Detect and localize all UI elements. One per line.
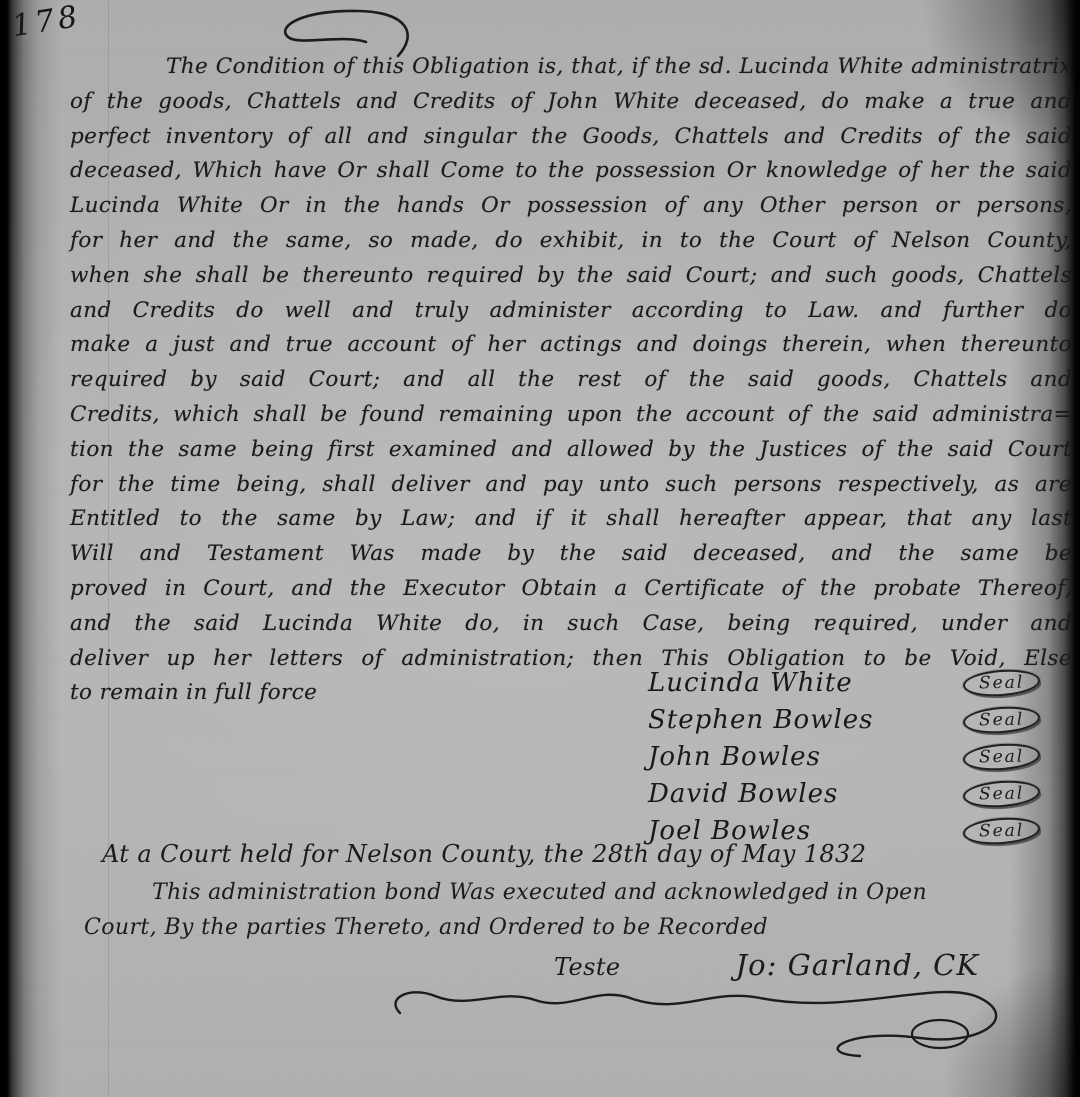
seal-badge: Seal — [962, 778, 1041, 809]
teste-row: Teste Jo: Garland, CK — [84, 948, 1034, 982]
body-line: make a just and true account of her acti… — [70, 328, 1072, 363]
court-record-line: At a Court held for Nelson County, the 2… — [84, 840, 1034, 868]
signature-name: Stephen Bowles — [648, 705, 874, 735]
seal-label: Seal — [971, 819, 1033, 842]
scanned-document-page: 178 The Condition of this Obligation is,… — [0, 0, 1080, 1097]
seal-label: Seal — [971, 745, 1033, 768]
body-line: Entitled to the same by Law; and if it s… — [70, 502, 1072, 537]
seal-label: Seal — [971, 782, 1033, 805]
page-number: 178 — [10, 0, 84, 44]
seal-label: Seal — [971, 671, 1033, 694]
signature-name: Lucinda White — [648, 668, 853, 698]
court-record-line: This administration bond Was executed an… — [84, 880, 1034, 905]
body-line: of the goods, Chattels and Credits of Jo… — [70, 85, 1072, 120]
clerk-signature: Jo: Garland, CK — [736, 948, 980, 982]
body-line: and the said Lucinda White do, in such C… — [70, 607, 1072, 642]
court-record: At a Court held for Nelson County, the 2… — [84, 840, 1034, 982]
body-line: and Credits do well and truly administer… — [70, 294, 1072, 329]
body-line: perfect inventory of all and singular th… — [70, 120, 1072, 155]
body-line: tion the same being first examined and a… — [70, 433, 1072, 468]
seal-badge: Seal — [962, 667, 1041, 698]
body-line: required by said Court; and all the rest… — [70, 363, 1072, 398]
signature-block: Lucinda White Seal Stephen Bowles Seal J… — [648, 664, 1040, 849]
signature-name: David Bowles — [648, 779, 838, 809]
body-line: when she shall be thereunto required by … — [70, 259, 1072, 294]
body-line: Credits, which shall be found remaining … — [70, 398, 1072, 433]
teste-label: Teste — [554, 953, 621, 981]
body-line: Lucinda White Or in the hands Or possess… — [70, 189, 1072, 224]
signature-name: John Bowles — [648, 742, 821, 772]
body-line: for her and the same, so made, do exhibi… — [70, 224, 1072, 259]
scan-edge-left — [0, 0, 60, 1097]
signature-row: John Bowles Seal — [648, 738, 1040, 775]
bond-body-text: The Condition of this Obligation is, tha… — [70, 50, 1072, 711]
seal-badge: Seal — [962, 704, 1041, 735]
seal-badge: Seal — [962, 741, 1041, 772]
signature-row: Stephen Bowles Seal — [648, 701, 1040, 738]
body-line: Will and Testament Was made by the said … — [70, 537, 1072, 572]
seal-label: Seal — [971, 708, 1033, 731]
body-line: The Condition of this Obligation is, tha… — [70, 50, 1072, 85]
body-line: deceased, Which have Or shall Come to th… — [70, 154, 1072, 189]
signature-row: David Bowles Seal — [648, 775, 1040, 812]
body-line: proved in Court, and the Executor Obtain… — [70, 572, 1072, 607]
signature-row: Lucinda White Seal — [648, 664, 1040, 701]
body-line: for the time being, shall deliver and pa… — [70, 468, 1072, 503]
court-record-line: Court, By the parties Thereto, and Order… — [84, 915, 1034, 940]
